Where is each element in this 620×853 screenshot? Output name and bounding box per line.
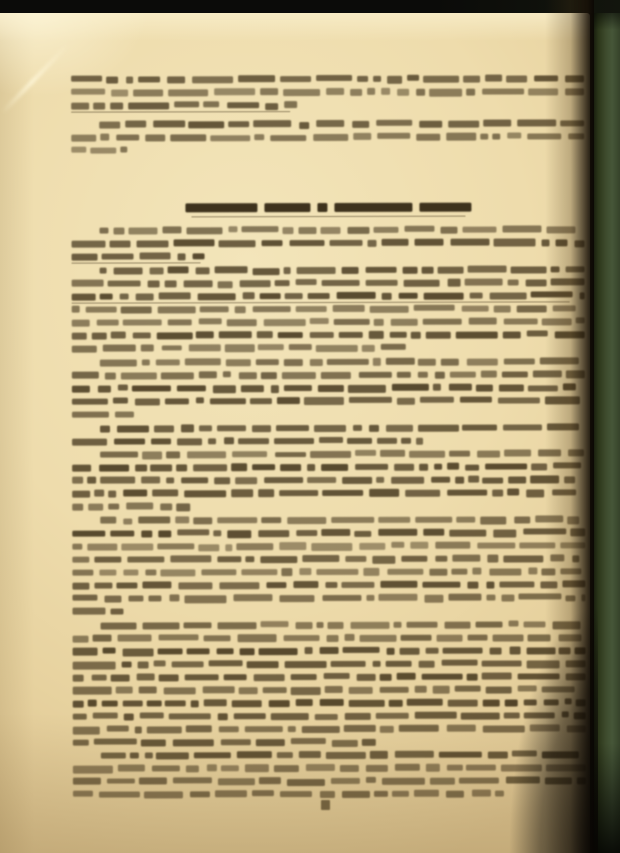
word-blob bbox=[221, 765, 239, 772]
word-blob bbox=[72, 595, 97, 601]
word-blob bbox=[285, 101, 297, 108]
word-blob bbox=[318, 385, 344, 391]
word-blob bbox=[461, 305, 489, 311]
word-blob bbox=[173, 777, 212, 783]
word-blob bbox=[480, 134, 489, 140]
word-blob bbox=[468, 266, 507, 273]
word-blob bbox=[231, 464, 247, 472]
word-blob bbox=[446, 133, 476, 141]
word-blob bbox=[447, 490, 487, 496]
text-line bbox=[72, 304, 585, 314]
word-blob bbox=[240, 648, 255, 655]
word-blob bbox=[213, 386, 236, 393]
word-blob bbox=[203, 101, 219, 107]
word-blob bbox=[517, 305, 547, 312]
word-blob bbox=[101, 753, 126, 759]
word-blob bbox=[71, 147, 86, 153]
word-blob bbox=[506, 76, 528, 82]
word-blob bbox=[150, 267, 164, 275]
word-blob bbox=[244, 726, 283, 732]
word-blob bbox=[373, 358, 381, 366]
word-blob bbox=[420, 397, 454, 403]
word-blob bbox=[430, 778, 456, 785]
word-blob bbox=[294, 581, 319, 588]
word-blob bbox=[254, 134, 264, 140]
word-blob bbox=[120, 306, 151, 313]
word-blob bbox=[448, 384, 472, 391]
word-blob bbox=[317, 622, 324, 628]
word-blob bbox=[373, 660, 381, 666]
word-blob bbox=[123, 319, 162, 326]
word-blob bbox=[111, 332, 126, 339]
word-blob bbox=[399, 725, 439, 732]
word-blob bbox=[141, 345, 154, 352]
word-blob bbox=[158, 531, 171, 538]
word-blob bbox=[100, 267, 107, 274]
word-blob bbox=[181, 425, 194, 432]
word-blob bbox=[494, 306, 510, 313]
word-blob bbox=[447, 700, 477, 707]
word-blob bbox=[507, 133, 522, 139]
word-blob bbox=[187, 648, 210, 654]
word-blob bbox=[159, 634, 199, 640]
word-blob bbox=[232, 451, 267, 457]
word-blob bbox=[201, 569, 236, 576]
word-blob bbox=[177, 438, 202, 445]
word-blob bbox=[360, 543, 386, 550]
word-blob bbox=[73, 701, 84, 708]
text-line bbox=[72, 251, 585, 261]
word-blob bbox=[478, 542, 515, 548]
word-blob bbox=[459, 777, 499, 783]
word-blob bbox=[100, 426, 110, 433]
word-blob bbox=[184, 490, 227, 498]
word-blob bbox=[351, 621, 390, 628]
word-blob bbox=[199, 318, 221, 324]
word-blob bbox=[325, 686, 343, 693]
word-blob bbox=[369, 425, 379, 432]
word-blob bbox=[367, 88, 374, 95]
word-blob bbox=[260, 293, 281, 300]
word-blob bbox=[115, 412, 134, 418]
word-blob bbox=[485, 463, 527, 469]
word-blob bbox=[196, 332, 213, 339]
word-blob bbox=[367, 240, 376, 247]
word-blob bbox=[71, 134, 96, 141]
word-blob bbox=[322, 595, 361, 601]
word-blob bbox=[431, 477, 450, 483]
word-blob bbox=[145, 134, 165, 141]
word-blob bbox=[468, 635, 488, 641]
word-blob bbox=[325, 581, 337, 587]
word-blob bbox=[111, 90, 128, 97]
word-blob bbox=[252, 425, 272, 431]
word-blob bbox=[411, 332, 420, 338]
text-line bbox=[72, 343, 585, 353]
text-line bbox=[72, 488, 585, 498]
word-blob bbox=[380, 450, 405, 457]
word-blob bbox=[359, 635, 397, 642]
word-blob bbox=[419, 121, 443, 128]
word-blob bbox=[73, 791, 93, 797]
word-blob bbox=[204, 700, 227, 706]
word-blob bbox=[152, 489, 179, 496]
word-blob bbox=[455, 476, 464, 483]
text-line bbox=[72, 238, 585, 248]
word-blob bbox=[73, 636, 89, 643]
word-blob bbox=[295, 306, 326, 312]
word-blob bbox=[257, 331, 273, 338]
word-blob bbox=[92, 333, 106, 340]
word-blob bbox=[357, 674, 376, 681]
word-blob bbox=[449, 371, 476, 377]
word-blob bbox=[291, 738, 326, 744]
word-blob bbox=[502, 331, 521, 338]
word-blob bbox=[423, 319, 462, 325]
word-blob bbox=[401, 555, 428, 561]
word-blob bbox=[467, 582, 479, 589]
word-blob bbox=[502, 372, 529, 378]
word-blob bbox=[94, 582, 112, 588]
word-blob bbox=[349, 687, 372, 695]
word-blob bbox=[504, 450, 531, 457]
word-blob bbox=[388, 699, 402, 706]
word-blob bbox=[344, 725, 376, 732]
word-blob bbox=[169, 594, 179, 601]
word-blob bbox=[309, 331, 333, 337]
word-blob bbox=[425, 332, 450, 339]
word-blob bbox=[214, 266, 248, 273]
word-blob bbox=[253, 268, 280, 275]
word-blob bbox=[446, 764, 462, 771]
word-blob bbox=[154, 426, 174, 433]
word-blob bbox=[113, 267, 143, 274]
word-blob bbox=[297, 267, 336, 274]
word-blob bbox=[256, 739, 284, 746]
word-blob bbox=[464, 279, 502, 286]
word-blob bbox=[342, 477, 373, 484]
word-blob bbox=[429, 89, 462, 96]
word-blob bbox=[366, 594, 375, 601]
word-blob bbox=[448, 120, 479, 128]
word-blob bbox=[121, 661, 132, 668]
word-blob bbox=[436, 635, 463, 642]
word-blob bbox=[274, 765, 299, 773]
underline-mark bbox=[191, 216, 465, 218]
word-blob bbox=[369, 306, 409, 313]
word-blob bbox=[215, 791, 247, 798]
page-crease-highlight bbox=[1, 43, 70, 114]
word-blob bbox=[90, 147, 116, 153]
word-blob bbox=[123, 649, 154, 656]
word-blob bbox=[274, 438, 314, 444]
word-blob bbox=[422, 267, 434, 274]
word-blob bbox=[238, 75, 275, 81]
word-blob bbox=[135, 398, 160, 405]
word-blob bbox=[342, 791, 369, 798]
heading-word-blob bbox=[264, 203, 310, 212]
word-blob bbox=[235, 307, 246, 314]
text-line bbox=[100, 265, 613, 275]
word-blob bbox=[241, 569, 277, 576]
word-blob bbox=[409, 451, 445, 458]
word-blob bbox=[224, 674, 247, 680]
word-blob bbox=[187, 451, 227, 458]
word-blob bbox=[164, 688, 196, 695]
word-blob bbox=[129, 227, 158, 234]
word-blob bbox=[299, 751, 320, 758]
word-blob bbox=[440, 359, 458, 366]
word-blob bbox=[456, 516, 475, 523]
word-blob bbox=[177, 253, 185, 260]
word-blob bbox=[162, 227, 182, 234]
word-blob bbox=[109, 490, 117, 497]
word-blob bbox=[449, 530, 486, 537]
word-blob bbox=[369, 331, 384, 338]
word-blob bbox=[136, 294, 154, 301]
word-blob bbox=[124, 518, 133, 524]
word-blob bbox=[424, 595, 443, 603]
word-blob bbox=[401, 634, 432, 641]
word-blob bbox=[414, 712, 456, 719]
heading-word-blob bbox=[185, 203, 257, 212]
word-blob bbox=[142, 452, 162, 459]
word-blob bbox=[192, 76, 233, 83]
word-blob bbox=[135, 465, 147, 472]
word-blob bbox=[104, 596, 121, 603]
word-blob bbox=[117, 425, 150, 432]
word-blob bbox=[434, 463, 441, 469]
word-blob bbox=[176, 504, 190, 511]
word-blob bbox=[208, 438, 217, 444]
word-blob bbox=[363, 568, 380, 575]
text-line bbox=[72, 383, 585, 393]
word-blob bbox=[395, 751, 434, 758]
word-blob bbox=[397, 673, 416, 680]
word-blob bbox=[149, 596, 162, 602]
word-blob bbox=[492, 133, 500, 139]
word-blob bbox=[120, 147, 128, 153]
word-blob bbox=[304, 397, 344, 405]
word-blob bbox=[139, 253, 171, 260]
word-blob bbox=[480, 517, 507, 524]
word-blob bbox=[418, 661, 434, 668]
word-blob bbox=[72, 477, 83, 484]
text-line bbox=[71, 87, 584, 97]
word-blob bbox=[137, 661, 148, 668]
word-blob bbox=[237, 751, 271, 758]
word-blob bbox=[158, 293, 190, 300]
text-line bbox=[72, 462, 585, 472]
word-blob bbox=[72, 386, 90, 393]
word-blob bbox=[100, 517, 116, 524]
word-blob bbox=[72, 503, 83, 510]
word-blob bbox=[264, 477, 303, 483]
word-blob bbox=[146, 700, 161, 707]
word-blob bbox=[307, 464, 316, 470]
word-blob bbox=[245, 765, 268, 772]
word-blob bbox=[282, 372, 317, 379]
word-blob bbox=[238, 438, 269, 444]
word-blob bbox=[72, 583, 89, 590]
text-line bbox=[72, 396, 585, 406]
word-blob bbox=[477, 451, 500, 458]
word-blob bbox=[324, 673, 350, 679]
word-blob bbox=[354, 133, 372, 140]
word-blob bbox=[165, 280, 177, 287]
word-blob bbox=[193, 253, 205, 259]
word-blob bbox=[110, 609, 124, 615]
word-blob bbox=[139, 687, 157, 694]
word-blob bbox=[401, 438, 411, 445]
word-blob bbox=[233, 594, 272, 601]
word-blob bbox=[157, 543, 194, 549]
word-blob bbox=[209, 661, 243, 667]
word-blob bbox=[86, 306, 117, 313]
word-blob bbox=[100, 477, 135, 484]
word-blob bbox=[224, 438, 235, 445]
word-blob bbox=[391, 319, 418, 326]
word-blob bbox=[99, 792, 141, 798]
word-blob bbox=[227, 530, 251, 537]
word-blob bbox=[113, 228, 125, 235]
word-blob bbox=[176, 465, 187, 472]
word-blob bbox=[72, 306, 80, 312]
word-blob bbox=[99, 227, 108, 234]
word-blob bbox=[73, 727, 100, 735]
word-blob bbox=[100, 293, 113, 300]
word-blob bbox=[229, 121, 250, 127]
word-blob bbox=[287, 779, 326, 786]
word-blob bbox=[328, 622, 344, 629]
word-blob bbox=[113, 398, 129, 404]
word-blob bbox=[189, 791, 210, 798]
text-line bbox=[72, 317, 585, 327]
word-blob bbox=[276, 425, 309, 431]
word-blob bbox=[433, 384, 441, 391]
word-blob bbox=[288, 726, 296, 732]
word-blob bbox=[423, 293, 463, 299]
word-blob bbox=[118, 385, 128, 391]
word-blob bbox=[380, 726, 393, 733]
word-blob bbox=[340, 765, 359, 772]
text-line bbox=[99, 225, 612, 235]
word-blob bbox=[219, 240, 256, 247]
word-blob bbox=[463, 75, 480, 82]
word-blob bbox=[168, 267, 189, 274]
word-blob bbox=[331, 777, 360, 783]
word-blob bbox=[231, 489, 254, 497]
word-blob bbox=[225, 345, 255, 352]
word-blob bbox=[321, 464, 349, 471]
word-blob bbox=[168, 89, 208, 96]
word-blob bbox=[99, 122, 120, 129]
word-blob bbox=[119, 293, 128, 300]
word-blob bbox=[186, 228, 222, 235]
word-blob bbox=[382, 239, 409, 246]
text-line bbox=[100, 423, 613, 433]
word-blob bbox=[253, 120, 291, 127]
word-blob bbox=[256, 359, 279, 366]
word-blob bbox=[97, 319, 119, 326]
word-blob bbox=[472, 568, 482, 575]
word-blob bbox=[73, 662, 116, 670]
word-blob bbox=[239, 372, 257, 379]
text-line bbox=[72, 330, 585, 340]
word-blob bbox=[379, 686, 409, 693]
word-blob bbox=[217, 517, 257, 523]
word-blob bbox=[72, 543, 82, 549]
word-blob bbox=[357, 76, 368, 82]
word-blob bbox=[380, 581, 417, 588]
word-blob bbox=[415, 517, 452, 523]
word-blob bbox=[264, 319, 306, 326]
word-blob bbox=[461, 713, 499, 720]
word-blob bbox=[404, 226, 435, 232]
word-blob bbox=[241, 385, 264, 392]
word-blob bbox=[186, 765, 200, 773]
word-blob bbox=[386, 661, 412, 667]
word-blob bbox=[271, 713, 309, 720]
word-blob bbox=[460, 397, 492, 403]
word-blob bbox=[195, 267, 209, 274]
word-blob bbox=[72, 411, 109, 417]
word-blob bbox=[308, 293, 330, 299]
word-blob bbox=[282, 568, 293, 575]
word-blob bbox=[347, 437, 372, 443]
word-blob bbox=[418, 425, 459, 432]
word-blob bbox=[305, 647, 313, 654]
word-blob bbox=[100, 360, 137, 367]
word-blob bbox=[333, 305, 365, 312]
word-blob bbox=[260, 556, 297, 563]
word-blob bbox=[153, 661, 166, 667]
word-blob bbox=[352, 121, 370, 128]
word-blob bbox=[183, 281, 213, 288]
word-blob bbox=[435, 542, 471, 549]
word-blob bbox=[262, 517, 282, 523]
word-blob bbox=[278, 332, 303, 338]
word-blob bbox=[116, 687, 133, 694]
word-blob bbox=[284, 385, 313, 391]
word-blob bbox=[407, 699, 442, 706]
word-blob bbox=[332, 739, 358, 746]
word-blob bbox=[105, 373, 116, 379]
text-line bbox=[72, 501, 585, 511]
word-blob bbox=[370, 489, 400, 496]
word-blob bbox=[140, 713, 164, 719]
word-blob bbox=[387, 76, 403, 83]
word-blob bbox=[314, 425, 346, 432]
word-blob bbox=[377, 438, 397, 444]
word-blob bbox=[103, 345, 136, 351]
word-blob bbox=[392, 384, 429, 391]
word-blob bbox=[331, 661, 366, 667]
word-blob bbox=[393, 622, 401, 628]
underline-mark bbox=[71, 111, 290, 113]
word-blob bbox=[450, 239, 489, 246]
word-blob bbox=[219, 331, 252, 338]
word-blob bbox=[526, 280, 547, 287]
word-blob bbox=[499, 385, 524, 391]
word-blob bbox=[481, 371, 497, 378]
word-blob bbox=[275, 280, 290, 286]
word-blob bbox=[508, 279, 519, 285]
word-blob bbox=[502, 226, 541, 233]
word-blob bbox=[166, 452, 180, 459]
word-blob bbox=[184, 622, 212, 629]
word-blob bbox=[107, 778, 135, 784]
